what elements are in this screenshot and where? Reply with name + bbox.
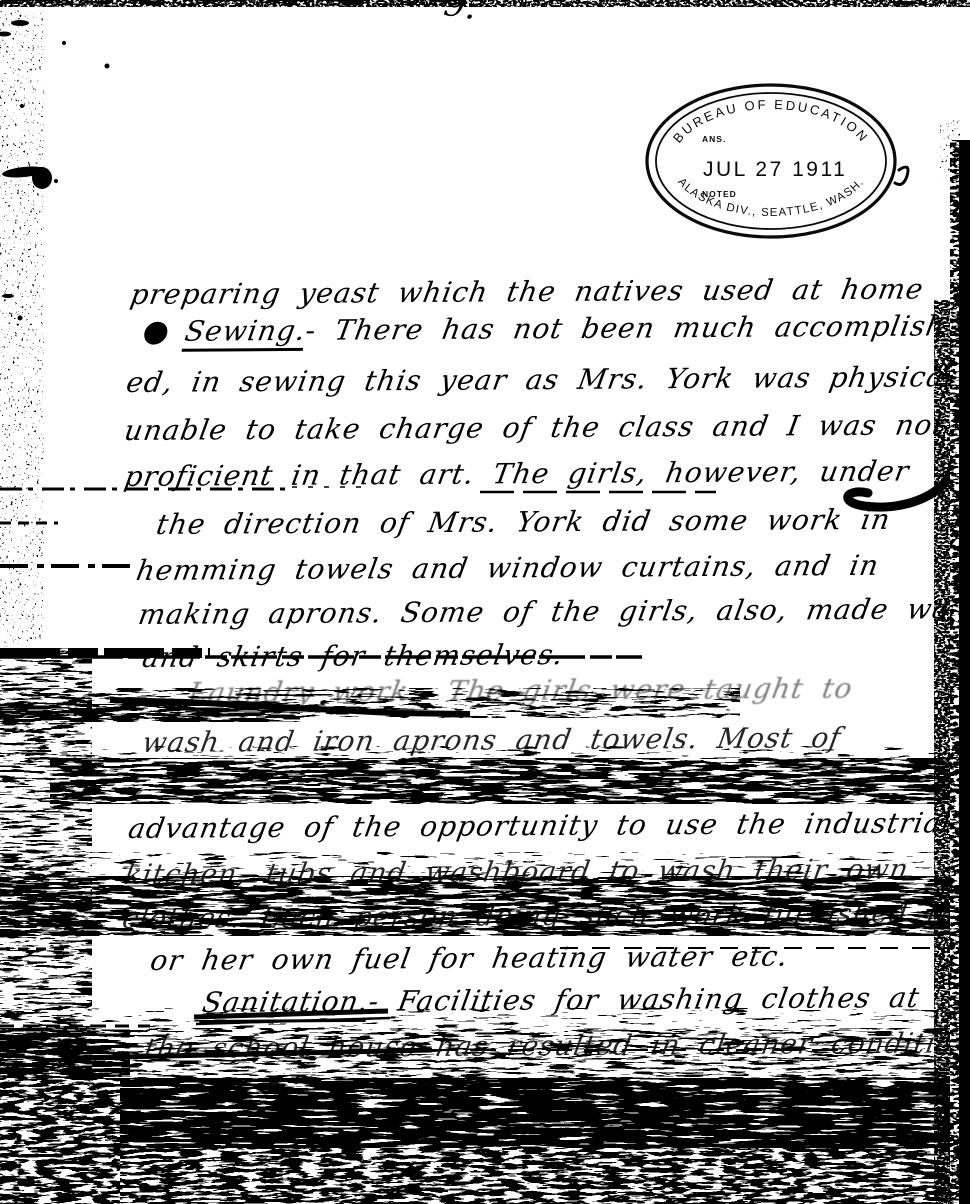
right-edge-scan-bar [934,120,970,1204]
scan-artifacts-overlay [0,0,970,1204]
scanned-document-page: 9. preparing yeast which the natives use… [0,0,970,1204]
smudge-bands [0,688,970,1204]
top-edge-noise [0,0,970,7]
